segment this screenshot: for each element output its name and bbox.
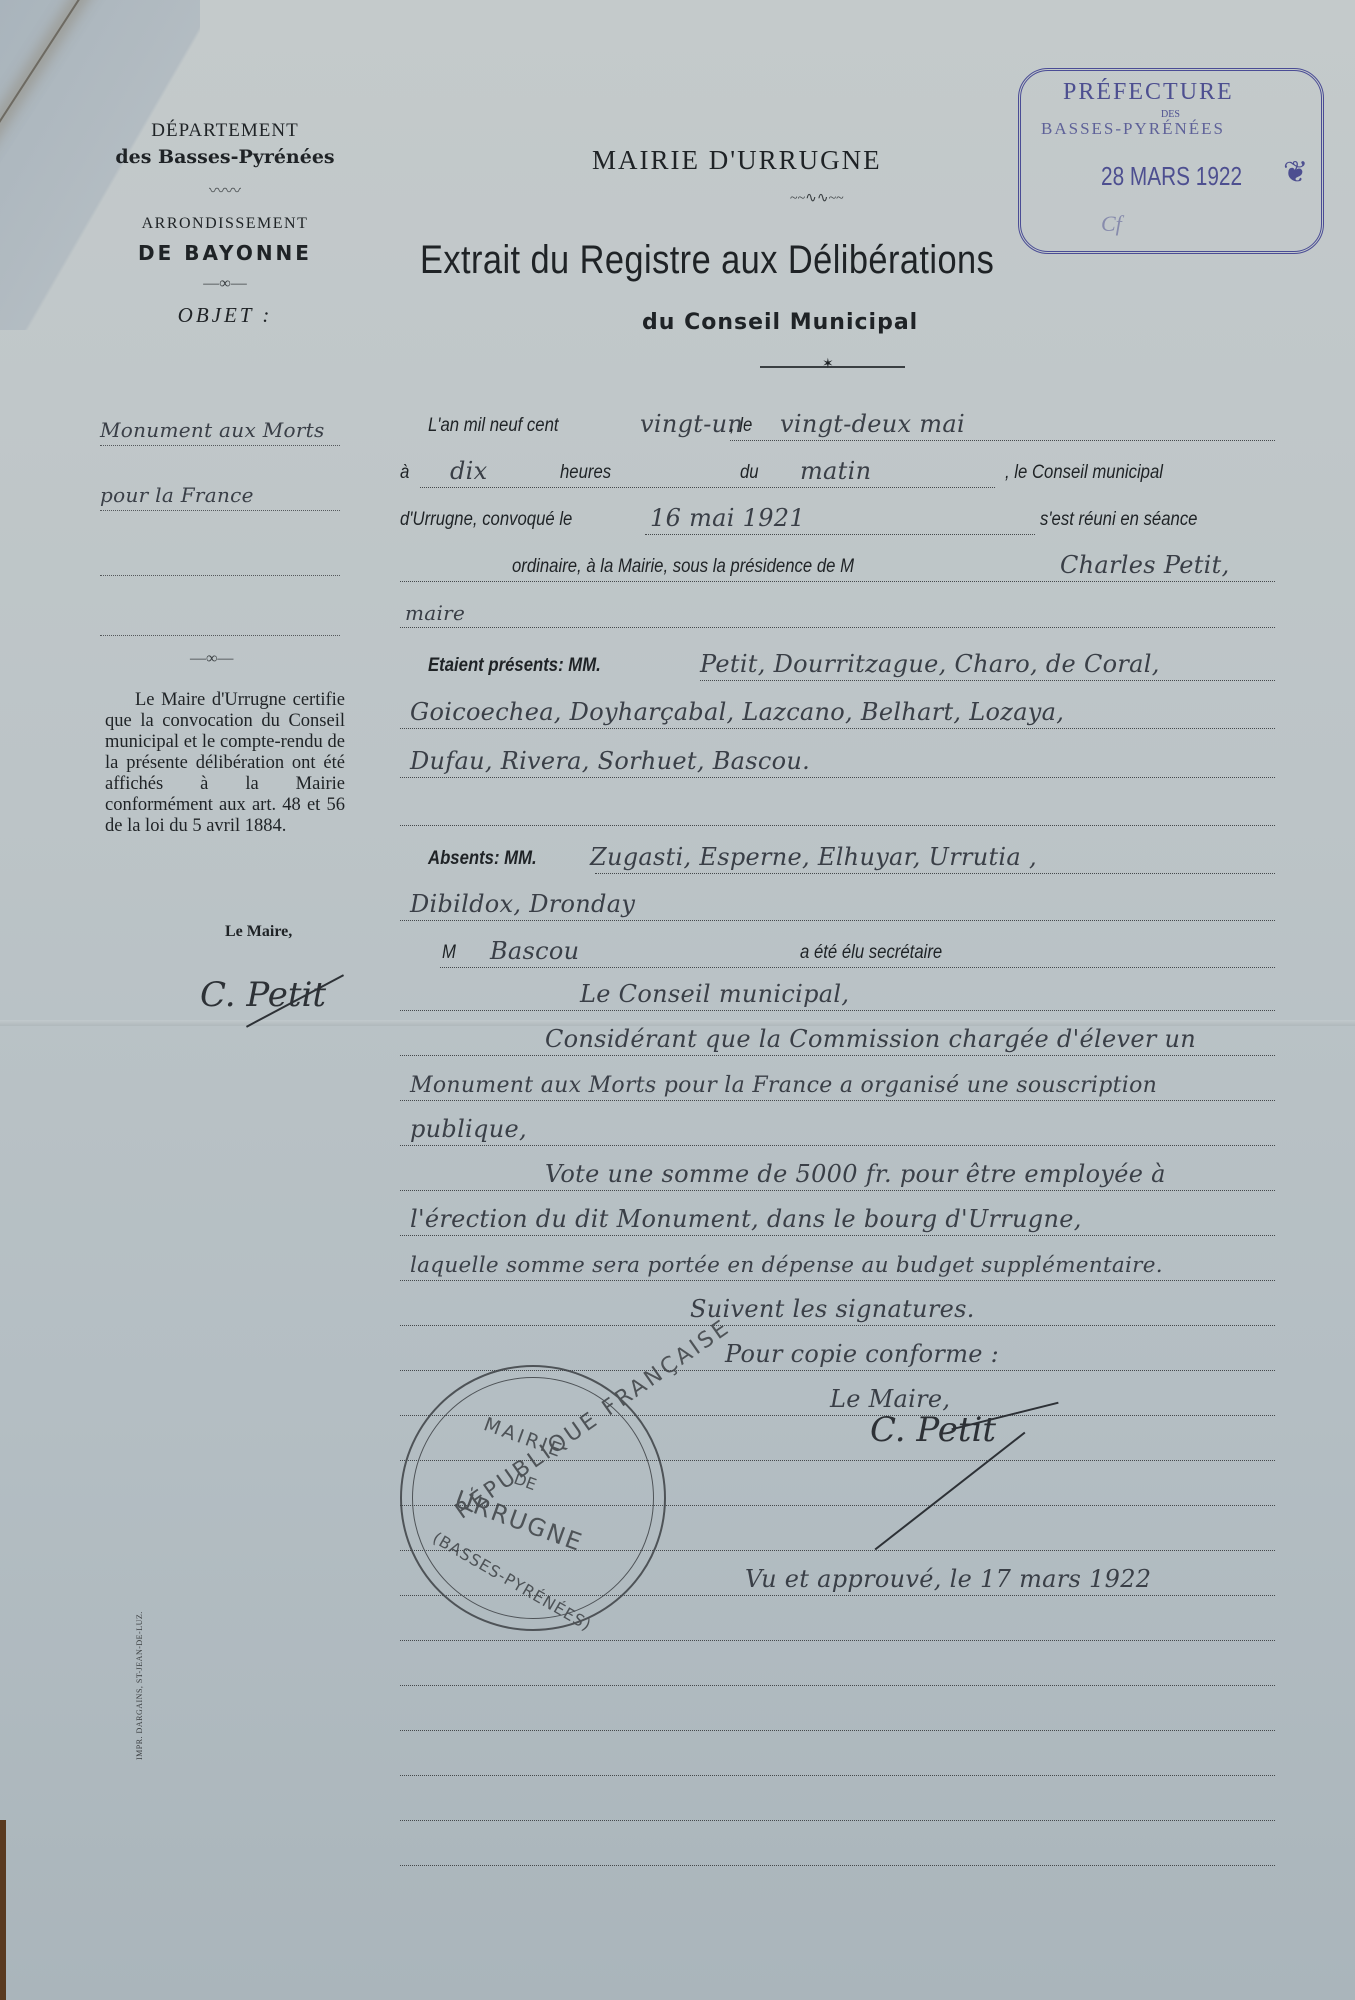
certification-signature-label: Le Maire,	[225, 923, 292, 941]
present-names-1: Petit, Dourritzague, Charo, de Coral,	[700, 650, 1160, 678]
mayor-signature: C. Petit	[870, 1410, 996, 1450]
form-line-convocation: d'Urrugne, convoqué le 16 mai 1921 s'est…	[400, 499, 1275, 539]
prefecture-stamp: PRÉFECTURE DES BASSES-PYRÉNÉES 28 MARS 1…	[1018, 68, 1324, 254]
objet-line-2: pour la France	[100, 480, 340, 511]
objet-line-4	[100, 605, 340, 636]
knot-ornament-icon: —∞—	[80, 275, 370, 293]
absent-line-1: Absents: MM. Zugasti, Esperne, Elhuyar, …	[400, 838, 1275, 878]
rule	[645, 534, 1035, 535]
rule	[400, 1100, 1275, 1101]
label-du: du	[740, 462, 759, 484]
deliberation-line-6: l'érection du dit Monument, dans le bour…	[400, 1200, 1275, 1240]
rule	[700, 680, 1275, 681]
stamp-prefecture: PRÉFECTURE	[1063, 79, 1234, 106]
rule	[400, 1235, 1275, 1236]
mayor-label: Le Maire,	[830, 1385, 950, 1413]
rule	[400, 728, 1275, 729]
rule	[400, 1865, 1275, 1866]
label-a: à	[400, 462, 409, 484]
field-hour: dix	[450, 457, 487, 485]
label-conseil: , le Conseil municipal	[1005, 462, 1163, 484]
star-ornament-icon	[760, 366, 905, 368]
stamp-department: BASSES-PYRÉNÉES	[1041, 119, 1225, 139]
field-period: matin	[800, 457, 871, 485]
absent-names-1: Zugasti, Esperne, Elhuyar, Urrutia ,	[590, 843, 1037, 871]
deliberation-text: Considérant que la Commission chargée d'…	[545, 1025, 1196, 1053]
rule	[400, 1775, 1275, 1776]
certification-text: Le Maire d'Urrugne certifie que la convo…	[105, 690, 345, 837]
rule	[400, 1055, 1275, 1056]
label-le: , le	[730, 415, 752, 437]
rule-line	[400, 1785, 1275, 1825]
label-reuni: s'est réuni en séance	[1040, 509, 1197, 531]
rule	[440, 967, 1275, 968]
field-president-title: maire	[405, 601, 465, 625]
objet-label: OBJET :	[80, 303, 370, 328]
deliberation-text: Vote une somme de 5000 fr. pour être emp…	[545, 1160, 1166, 1188]
form-line-hour: à dix heures du matin , le Conseil munic…	[400, 452, 1275, 492]
present-line-1: Etaient présents: MM. Petit, Dourritzagu…	[400, 645, 1275, 685]
field-president: Charles Petit,	[1060, 551, 1230, 579]
approval-text: Vu et approuvé, le 17 mars 1922	[745, 1565, 1151, 1593]
deliberation-line-8: Suivent les signatures.	[400, 1290, 1275, 1330]
rule	[400, 1145, 1275, 1146]
certified-copy: Pour copie conforme :	[725, 1340, 999, 1368]
rule	[400, 1730, 1275, 1731]
deliberation-text: Le Conseil municipal,	[580, 980, 849, 1008]
deliberation-line-2: Considérant que la Commission chargée d'…	[400, 1020, 1275, 1060]
deliberation-line-1: Le Conseil municipal,	[400, 975, 1275, 1015]
arrondissement-name: DE BAYONNE	[80, 241, 370, 265]
rule-line	[400, 1830, 1275, 1870]
absent-line-2: Dibildox, Dronday	[400, 885, 1275, 925]
wave-ornament-icon: 〰〰	[80, 178, 370, 201]
label-present: Etaient présents: MM.	[428, 655, 601, 677]
field-secretary: Bascou	[490, 937, 579, 965]
signature-text: C. Petit	[870, 1410, 996, 1450]
department-name: des Basses-Pyrénées	[80, 146, 370, 168]
mayor-signature-left: C. Petit	[200, 975, 326, 1015]
form-line-president: ordinaire, à la Mairie, sous la présiden…	[400, 546, 1275, 586]
municipal-seal: RÉPUBLIQUE FRANÇAISE MAIRIE DE URRUGNE (…	[400, 1365, 666, 1631]
rule	[400, 777, 1275, 778]
deliberation-line-5: Vote une somme de 5000 fr. pour être emp…	[400, 1155, 1275, 1195]
label-secretaire: a été élu secrétaire	[800, 942, 942, 964]
label-presidence: ordinaire, à la Mairie, sous la présiden…	[512, 556, 854, 578]
objet-line-1: Monument aux Morts	[100, 415, 340, 446]
present-line-3: Dufau, Rivera, Sorhuet, Bascou.	[400, 742, 1275, 782]
rule	[400, 627, 1275, 628]
deliberation-line-3: Monument aux Morts pour la France a orga…	[400, 1065, 1275, 1105]
rule	[400, 581, 1275, 582]
knot-ornament-icon: —∞—	[190, 650, 233, 668]
rule	[400, 825, 1275, 826]
arrondissement-label: ARRONDISSEMENT	[80, 215, 370, 233]
department-label: DÉPARTEMENT	[80, 120, 370, 142]
rule	[400, 1820, 1275, 1821]
field-convocation-date: 16 mai 1921	[650, 504, 805, 532]
deliberation-text: Monument aux Morts pour la France a orga…	[410, 1073, 1157, 1098]
mairie-heading: MAIRIE D'URRUGNE	[592, 145, 882, 176]
deliberation-text: laquelle somme sera portée en dépense au…	[410, 1253, 1163, 1278]
rule	[400, 1685, 1275, 1686]
form-line-president-title: maire	[400, 592, 1275, 632]
rule-line	[400, 1740, 1275, 1780]
form-line-date: L'an mil neuf cent vingt-un , le vingt-d…	[400, 405, 1275, 445]
deliberation-line-4: publique,	[400, 1110, 1275, 1150]
rule-line	[400, 1650, 1275, 1690]
field-day: vingt-deux mai	[780, 410, 965, 438]
stamp-date: 28 MARS 1922	[1101, 161, 1242, 192]
rule	[595, 873, 1275, 874]
present-names-3: Dufau, Rivera, Sorhuet, Bascou.	[410, 747, 810, 775]
present-names-2: Goicoechea, Doyharçabal, Lazcano, Belhar…	[410, 698, 1064, 726]
rule	[400, 1640, 1275, 1641]
label-year-prefix: L'an mil neuf cent	[428, 415, 559, 437]
objet-line-3	[100, 545, 340, 576]
rule	[400, 920, 1275, 921]
rule-line	[400, 1695, 1275, 1735]
secretary-line: M Bascou a été élu secrétaire	[400, 932, 1275, 972]
rule	[400, 1280, 1275, 1281]
deliberation-text: publique,	[410, 1115, 527, 1143]
present-line-2: Goicoechea, Doyharçabal, Lazcano, Belhar…	[400, 693, 1275, 733]
deliberation-line-7: laquelle somme sera portée en dépense au…	[400, 1245, 1275, 1285]
field-year: vingt-un	[640, 410, 743, 438]
stamp-initial: Cf	[1101, 211, 1122, 237]
label-absent: Absents: MM.	[428, 848, 537, 870]
label-m: M	[442, 942, 456, 964]
present-line-4	[400, 790, 1275, 830]
label-heures: heures	[560, 462, 611, 484]
document-title: Extrait du Registre aux Délibérations	[420, 238, 994, 283]
rule	[400, 1010, 1275, 1011]
deliberation-text: l'érection du dit Monument, dans le bour…	[410, 1205, 1082, 1233]
document-subtitle: du Conseil Municipal	[642, 310, 918, 335]
rule	[400, 1325, 1275, 1326]
scroll-ornament-icon: ~~∿∿~~	[790, 190, 844, 207]
rule	[730, 440, 1275, 441]
absent-names-2: Dibildox, Dronday	[410, 890, 635, 918]
rule	[420, 487, 995, 488]
signatures-follow: Suivent les signatures.	[690, 1295, 975, 1323]
printer-mark: IMPR. DARGAINS, ST-JEAN-DE-LUZ.	[135, 1611, 144, 1760]
left-column: DÉPARTEMENT des Basses-Pyrénées 〰〰 ARRON…	[80, 120, 370, 328]
table-edge	[0, 1820, 6, 2000]
fleuron-icon: ❦	[1283, 155, 1308, 190]
label-convoque: d'Urrugne, convoqué le	[400, 509, 572, 531]
rule	[400, 1190, 1275, 1191]
